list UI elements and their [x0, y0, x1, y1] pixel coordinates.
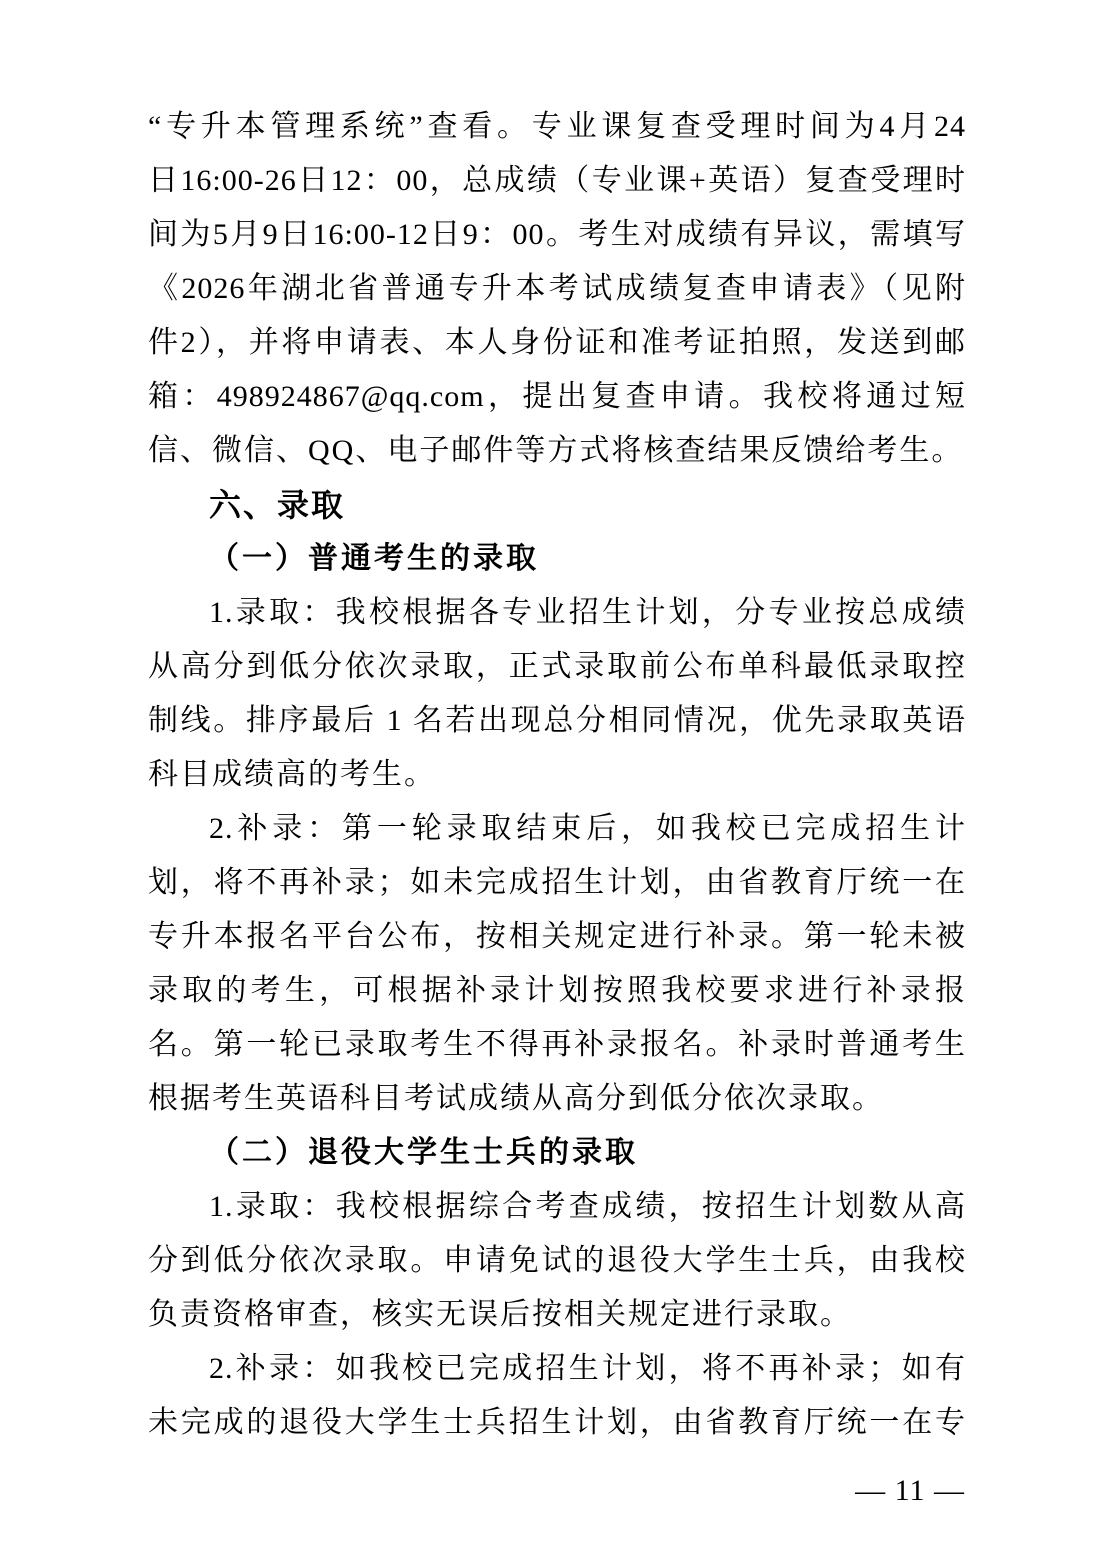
- paragraph-line: 专升本报名平台公布，按相关规定进行补录。第一轮未被: [148, 910, 966, 964]
- paragraph-line: 名。第一轮已录取考生不得再补录报名。补录时普通考生: [148, 1018, 966, 1072]
- paragraph-line: 制线。排序最后 1 名若出现总分相同情况，优先录取英语: [148, 694, 966, 748]
- paragraph-line: 划，将不再补录；如未完成招生计划，由省教育厅统一在: [148, 856, 966, 910]
- page-number: — 11 —: [855, 1464, 965, 1518]
- paragraph-line: 2.补录：第一轮录取结束后，如我校已完成招生计: [148, 802, 966, 856]
- section-heading: 六、录取: [148, 478, 966, 532]
- document-body: “专升本管理系统”查看。专业课复查受理时间为4月24日16:00-26日12：0…: [148, 100, 966, 1450]
- paragraph-line: 根据考生英语科目考试成绩从高分到低分依次录取。: [148, 1072, 966, 1126]
- document-page: “专升本管理系统”查看。专业课复查受理时间为4月24日16:00-26日12：0…: [0, 0, 1112, 1562]
- paragraph-line: 未完成的退役大学生士兵招生计划，由省教育厅统一在专: [148, 1396, 966, 1450]
- subsection-heading: （一）普通考生的录取: [148, 532, 966, 586]
- paragraph-line: 2.补录：如我校已完成招生计划，将不再补录；如有: [148, 1342, 966, 1396]
- paragraph-line: 从高分到低分依次录取，正式录取前公布单科最低录取控: [148, 640, 966, 694]
- paragraph-line: 录取的考生，可根据补录计划按照我校要求进行补录报: [148, 964, 966, 1018]
- paragraph-line: 箱：498924867@qq.com，提出复查申请。我校将通过短: [148, 370, 966, 424]
- paragraph-line: 《2026年湖北省普通专升本考试成绩复查申请表》（见附: [148, 262, 966, 316]
- paragraph-line: 间为5月9日16:00-12日9：00。考生对成绩有异议，需填写: [148, 208, 966, 262]
- paragraph-line: 负责资格审查，核实无误后按相关规定进行录取。: [148, 1288, 966, 1342]
- paragraph-line: 1.录取：我校根据综合考查成绩，按招生计划数从高: [148, 1180, 966, 1234]
- paragraph-line: 科目成绩高的考生。: [148, 748, 966, 802]
- paragraph-line: 日16:00-26日12：00，总成绩（专业课+英语）复查受理时: [148, 154, 966, 208]
- paragraph-line: 1.录取：我校根据各专业招生计划，分专业按总成绩: [148, 586, 966, 640]
- subsection-heading: （二）退役大学生士兵的录取: [148, 1126, 966, 1180]
- paragraph-line: 分到低分依次录取。申请免试的退役大学生士兵，由我校: [148, 1234, 966, 1288]
- paragraph-line: 信、微信、QQ、电子邮件等方式将核查结果反馈给考生。: [148, 424, 966, 478]
- paragraph-line: “专升本管理系统”查看。专业课复查受理时间为4月24: [148, 100, 966, 154]
- paragraph-line: 件2），并将申请表、本人身份证和准考证拍照，发送到邮: [148, 316, 966, 370]
